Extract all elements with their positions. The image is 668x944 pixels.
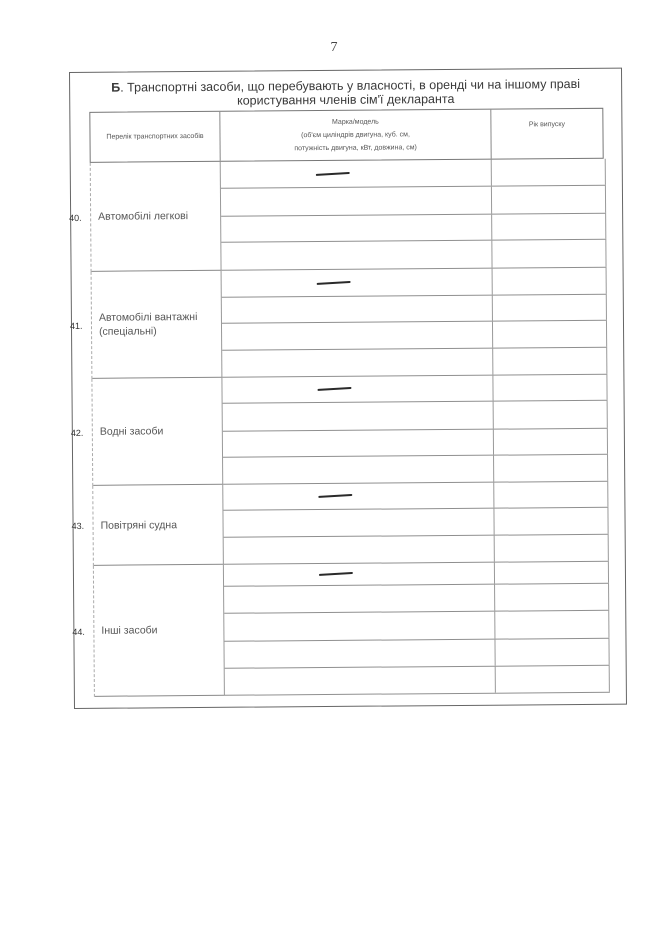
group-number: 44. — [72, 626, 85, 636]
vehicle-group: 43.Повітряні судна — [92, 482, 609, 566]
table-row — [223, 401, 608, 432]
year-cell[interactable] — [493, 321, 607, 348]
model-cell[interactable] — [222, 376, 493, 403]
year-cell[interactable] — [495, 584, 609, 611]
model-cell[interactable] — [223, 456, 494, 484]
table-row — [223, 429, 608, 458]
model-cell[interactable] — [225, 667, 496, 695]
model-cell[interactable] — [224, 563, 495, 586]
table-row — [222, 321, 607, 351]
year-cell[interactable] — [492, 240, 606, 268]
model-cell[interactable] — [223, 509, 494, 537]
year-cell[interactable] — [494, 482, 608, 508]
table-row — [221, 159, 606, 189]
year-cell[interactable] — [492, 159, 606, 186]
model-cell[interactable] — [224, 536, 495, 564]
handwritten-dash — [316, 172, 350, 176]
group-number: 40. — [69, 212, 82, 222]
group-name: Автомобілі вантажні (спеціальні) — [92, 271, 223, 379]
vehicle-group: 40.Автомобілі легкові — [90, 159, 607, 272]
table-row — [224, 562, 609, 587]
table-row — [224, 584, 609, 614]
vehicle-group: 42.Водні засоби — [91, 375, 608, 486]
year-cell[interactable] — [493, 268, 607, 295]
group-number: 42. — [71, 427, 84, 437]
model-cell[interactable] — [223, 402, 494, 431]
model-cell[interactable] — [223, 430, 494, 457]
vehicle-group: 41.Автомобілі вантажні (спеціальні) — [91, 268, 608, 379]
table-header: Перелік транспортних засобів Марка/модел… — [89, 108, 603, 163]
year-cell[interactable] — [493, 348, 607, 375]
model-cell[interactable] — [222, 296, 493, 323]
table-row — [225, 666, 610, 696]
header-model: Марка/модель (об'єм циліндрів двигуна, к… — [220, 110, 491, 161]
table-row — [221, 240, 606, 271]
model-cell[interactable] — [223, 483, 494, 510]
year-cell[interactable] — [495, 562, 609, 584]
model-cell[interactable] — [221, 241, 492, 270]
group-name: Повітряні судна — [93, 485, 224, 566]
year-cell[interactable] — [492, 186, 606, 214]
table-row — [222, 375, 607, 404]
table-row — [224, 611, 609, 642]
model-cell[interactable] — [221, 160, 492, 188]
header-model-line3: потужність двигуна, кВт, довжина, см) — [294, 141, 417, 155]
model-cell[interactable] — [224, 612, 495, 641]
group-name: Інші засоби — [94, 565, 225, 697]
header-model-line2: (об'єм циліндрів двигуна, куб. см, — [301, 128, 410, 142]
year-cell[interactable] — [493, 375, 607, 401]
model-cell[interactable] — [222, 322, 493, 350]
handwritten-dash — [317, 387, 351, 391]
year-cell[interactable] — [494, 429, 608, 455]
group-name: Автомобілі легкові — [91, 162, 222, 272]
table-row — [222, 348, 607, 378]
model-cell[interactable] — [221, 187, 492, 216]
year-cell[interactable] — [492, 214, 606, 240]
model-cell[interactable] — [224, 640, 495, 668]
handwritten-dash — [319, 572, 353, 576]
model-cell[interactable] — [222, 269, 493, 297]
handwritten-dash — [318, 494, 352, 498]
table-row — [222, 295, 607, 324]
year-cell[interactable] — [495, 639, 609, 666]
model-cell[interactable] — [224, 585, 495, 613]
header-list: Перелік транспортних засобів — [90, 112, 220, 162]
table-row — [223, 508, 608, 538]
page-number: 7 — [0, 40, 668, 56]
model-cell[interactable] — [221, 215, 492, 242]
year-cell[interactable] — [494, 508, 608, 535]
year-cell[interactable] — [494, 401, 608, 429]
table-row — [224, 639, 609, 669]
section-letter: Б — [111, 81, 120, 95]
year-cell[interactable] — [494, 455, 608, 482]
vehicle-group: 44.Інші засоби — [93, 562, 610, 697]
year-cell[interactable] — [495, 611, 609, 639]
table-row — [222, 268, 607, 298]
table-row — [223, 482, 608, 511]
model-cell[interactable] — [222, 349, 493, 377]
section-title: Б. Транспортні засоби, що перебувають у … — [70, 77, 621, 109]
year-cell[interactable] — [493, 295, 607, 321]
header-model-line1: Марка/модель — [332, 116, 379, 129]
handwritten-dash — [317, 281, 351, 285]
year-cell[interactable] — [496, 666, 610, 693]
section-frame: Б. Транспортні засоби, що перебувають у … — [69, 68, 627, 709]
table-row — [221, 214, 606, 243]
group-number: 41. — [70, 320, 83, 330]
vehicle-groups: 40.Автомобілі легкові41.Автомобілі ванта… — [90, 159, 610, 697]
table-row — [221, 186, 606, 217]
header-year: Рік випуску — [491, 109, 602, 159]
table-row — [224, 535, 609, 565]
group-name: Водні засоби — [92, 378, 223, 486]
group-number: 43. — [72, 521, 85, 531]
year-cell[interactable] — [495, 535, 609, 562]
table-row — [223, 455, 608, 485]
